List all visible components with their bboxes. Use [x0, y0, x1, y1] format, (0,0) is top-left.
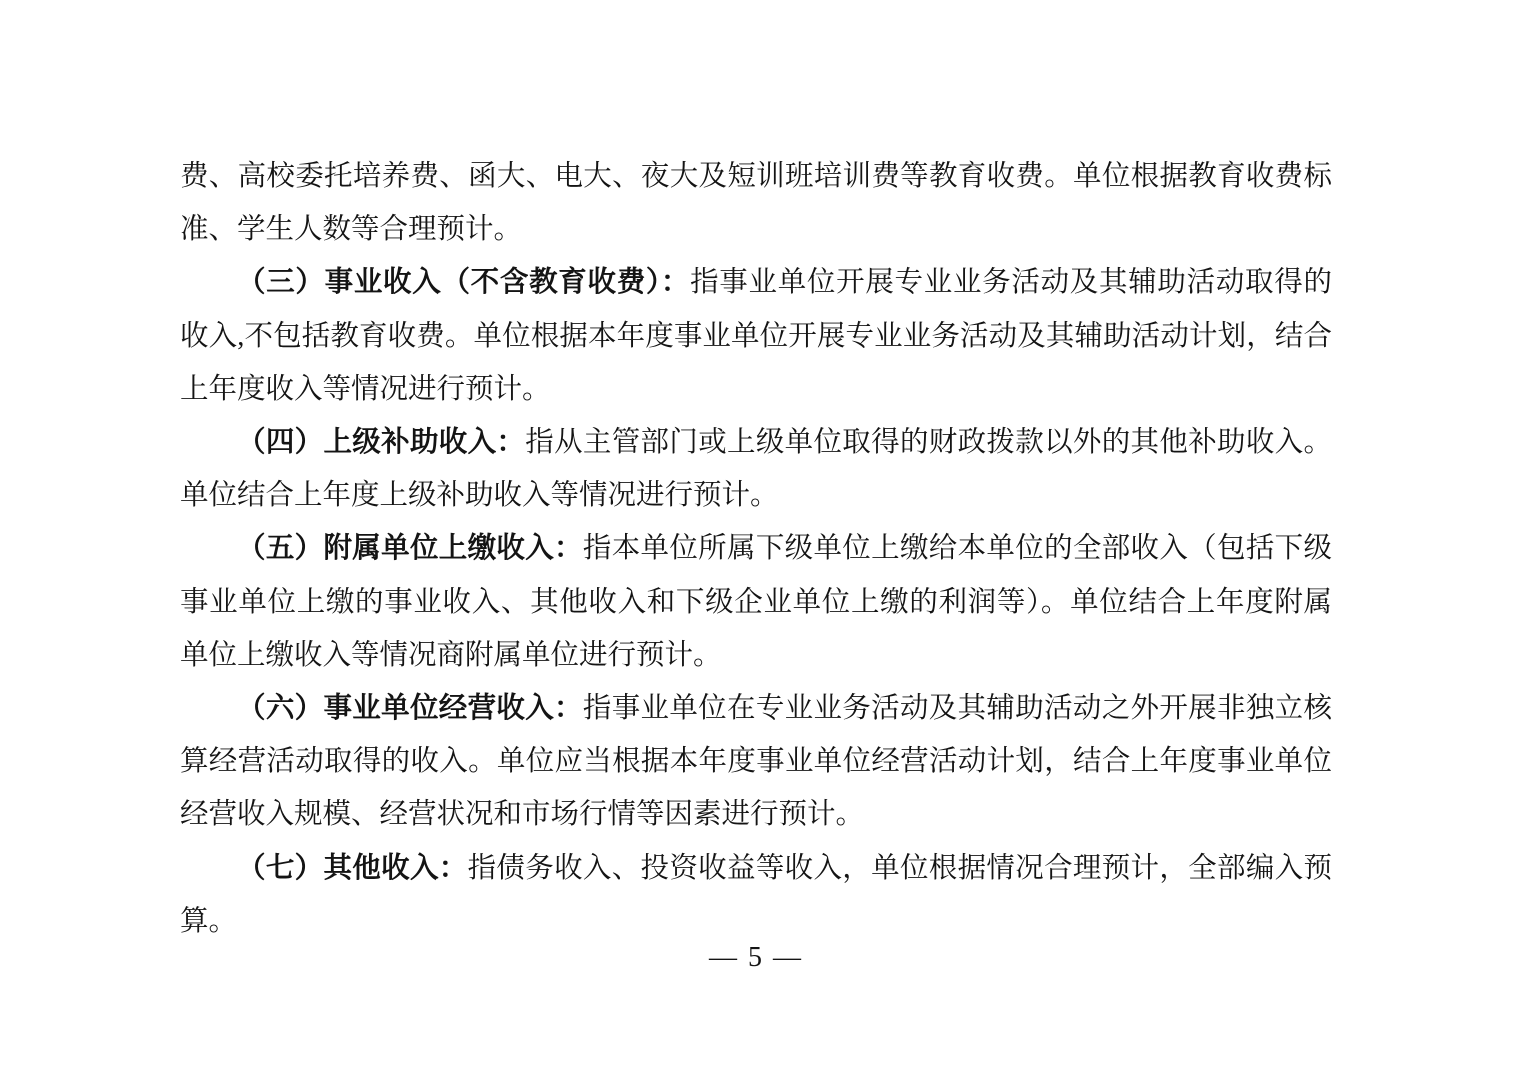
paragraph: （三）事业收入（不含教育收费）：指事业单位开展专业业务活动及其辅助活动取得的收入…: [180, 256, 1332, 416]
paragraph-lead: （四）上级补助收入：: [237, 427, 525, 458]
paragraph-lead: （五）附属单位上缴收入：: [237, 533, 583, 564]
paragraph: （四）上级补助收入：指从主管部门或上级单位取得的财政拨款以外的其他补助收入。单位…: [180, 416, 1332, 522]
paragraph: 费、高校委托培养费、函大、电大、夜大及短训班培训费等教育收费。单位根据教育收费标…: [180, 150, 1332, 256]
paragraph: （六）事业单位经营收入：指事业单位在专业业务活动及其辅助活动之外开展非独立核算经…: [180, 682, 1332, 842]
paragraph: （七）其他收入：指债务收入、投资收益等收入，单位根据情况合理预计，全部编入预算。: [180, 842, 1332, 948]
paragraph-lead: （六）事业单位经营收入：: [237, 693, 583, 724]
paragraph: （五）附属单位上缴收入：指本单位所属下级单位上缴给本单位的全部收入（包括下级事业…: [180, 522, 1332, 682]
page-number: — 5 —: [180, 938, 1332, 978]
document-body: 费、高校委托培养费、函大、电大、夜大及短训班培训费等教育收费。单位根据教育收费标…: [180, 150, 1332, 948]
paragraph-lead: （三）事业收入（不含教育收费）：: [237, 267, 690, 298]
document-page: 费、高校委托培养费、函大、电大、夜大及短训班培训费等教育收费。单位根据教育收费标…: [0, 0, 1520, 1074]
paragraph-body: 费、高校委托培养费、函大、电大、夜大及短训班培训费等教育收费。单位根据教育收费标…: [180, 161, 1332, 245]
paragraph-lead: （七）其他收入：: [237, 853, 468, 884]
